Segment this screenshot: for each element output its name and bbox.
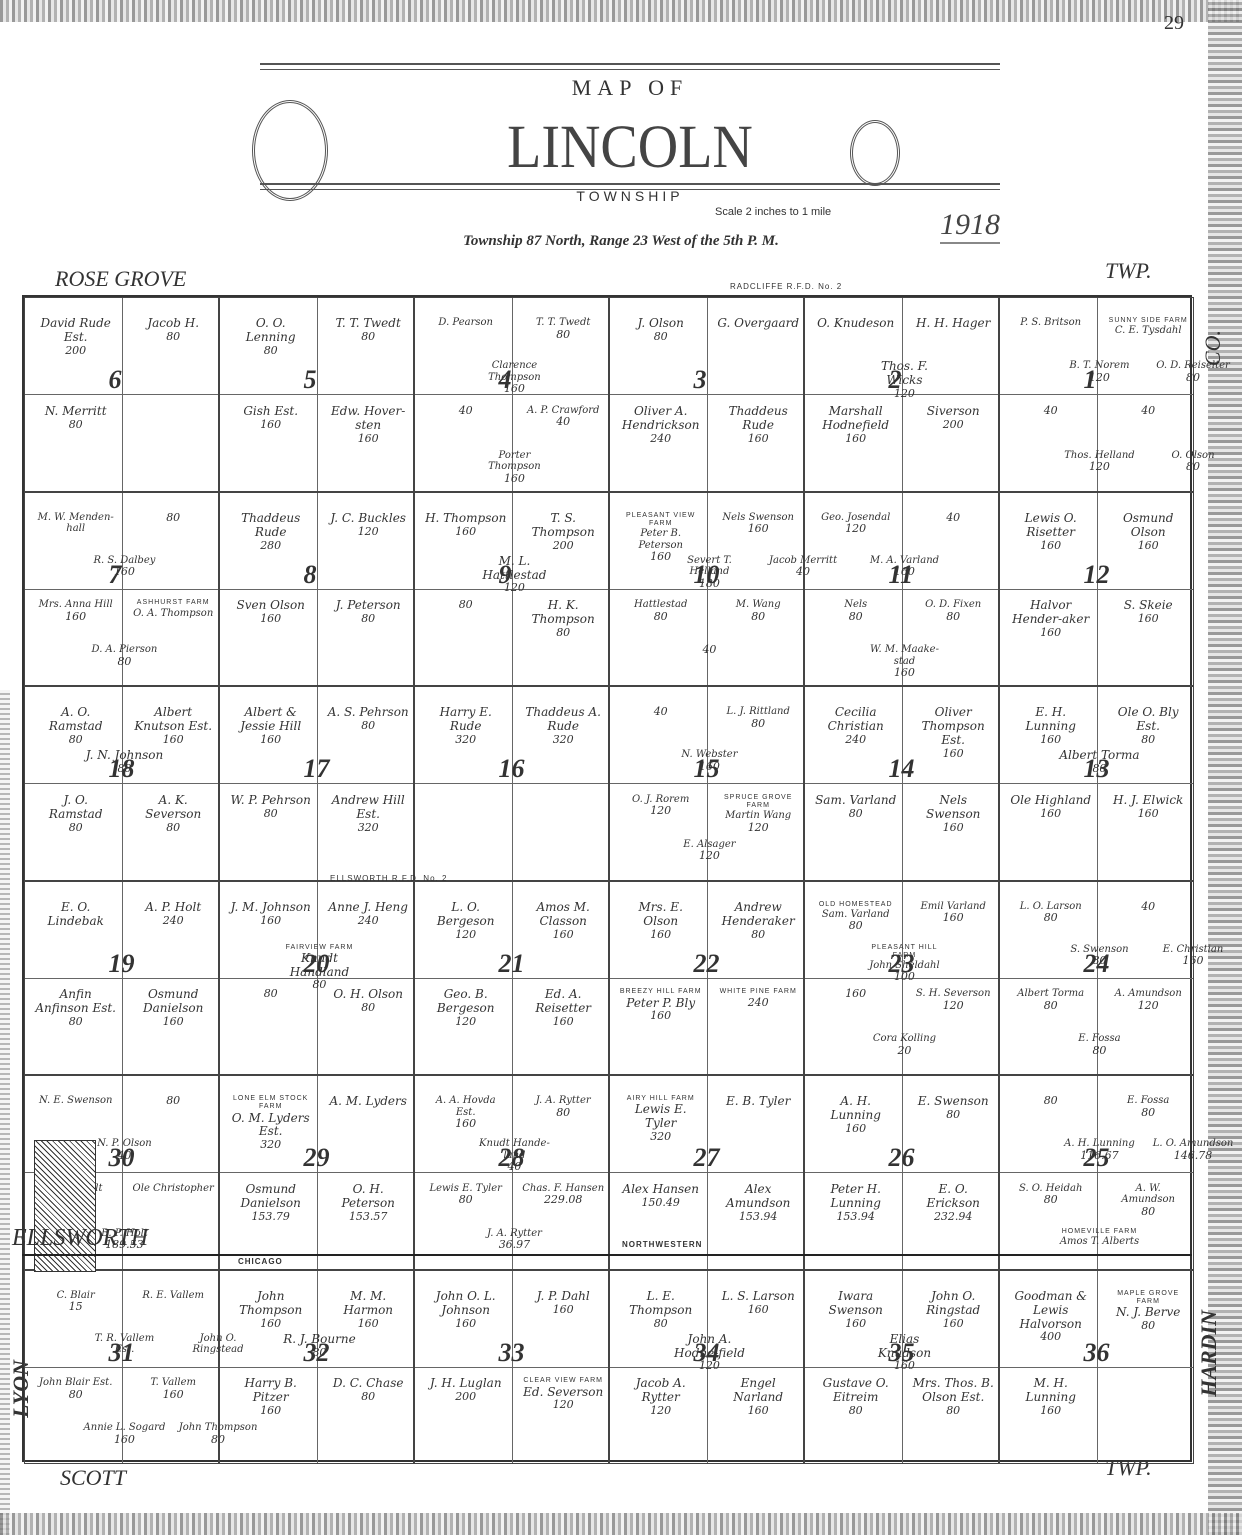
parcel-owner[interactable]: L. J. Rittland80: [717, 706, 799, 730]
parcel-owner[interactable]: L. S. Larson160: [717, 1290, 799, 1316]
parcel-owner[interactable]: Osmund Danielson160: [132, 988, 214, 1028]
parcel-owner[interactable]: Cora Kolling20: [864, 1033, 946, 1057]
section-number: 14: [889, 754, 915, 784]
owner-name: Lewis O. Risetter: [1025, 511, 1077, 539]
parcel-acres: 80: [84, 656, 166, 669]
parcel-acres: 160: [815, 1318, 897, 1331]
parcel-owner[interactable]: D. Pearson: [425, 317, 507, 329]
section-14: 14Cecilia Christian240Oliver Thompson Es…: [804, 686, 999, 881]
farm-name: LONE ELM STOCK FARM: [230, 1095, 312, 1111]
parcel-owner[interactable]: John O. Ringstad160: [912, 1290, 994, 1330]
parcel-owner[interactable]: Goodman & Lewis Halvorson400: [1010, 1290, 1092, 1344]
parcel-acres: 160: [815, 988, 897, 1001]
parcel-owner[interactable]: Halvor Hender-aker160: [1010, 599, 1092, 639]
parcel-owner[interactable]: O. D. Reiselter80: [1152, 360, 1234, 384]
parcel-owner[interactable]: E. H. Lunning160: [1010, 706, 1092, 746]
parcel-owner[interactable]: M. H. Lunning160: [1010, 1377, 1092, 1417]
parcel-owner[interactable]: T. Vallem160: [132, 1377, 214, 1401]
parcel-owner[interactable]: Andrew Hill Est.320: [327, 794, 409, 834]
parcel-owner[interactable]: E. Swenson80: [912, 1095, 994, 1121]
parcel-owner[interactable]: A. H. Lunning116.67: [1059, 1138, 1141, 1162]
owner-name: Albert Knutson Est.: [134, 705, 212, 733]
parcel-owner[interactable]: N. Merritt80: [35, 405, 117, 431]
parcel-owner[interactable]: O. J. Rorem120: [620, 794, 702, 818]
parcel-owner[interactable]: R. J. Bourne80: [279, 1333, 361, 1359]
parcel-owner[interactable]: A. O. Ramstad80: [35, 706, 117, 746]
parcel-owner[interactable]: H. J. Elwick160: [1107, 794, 1189, 820]
section-32: 32John Thompson160M. M. Harmon160Harry B…: [219, 1270, 414, 1465]
parcel-owner[interactable]: A. K. Severson80: [132, 794, 214, 834]
rail-label-northwestern: NORTHWESTERN: [622, 1240, 702, 1249]
farm-name: PLEASANT VIEW FARM: [620, 512, 702, 528]
parcel-acres: 160: [864, 1360, 946, 1373]
parcel-owner[interactable]: 80: [1010, 1095, 1092, 1108]
parcel-acres: 80: [1107, 1206, 1189, 1219]
owner-name: J. A. Rytter: [487, 1228, 542, 1239]
parcel-acres: 160: [669, 761, 751, 774]
parcel-owner[interactable]: Sven Olson160: [230, 599, 312, 625]
owner-name: D. Pearson: [438, 317, 493, 328]
parcel-acres: 80: [132, 822, 214, 835]
parcel-owner[interactable]: Albert Torma80: [1010, 988, 1092, 1012]
parcel-owner[interactable]: Thos. Helland120: [1059, 450, 1141, 474]
owner-name: Lewis E. Tyler: [429, 1183, 502, 1194]
owner-name: Ole Highland: [1010, 793, 1091, 807]
parcel-owner[interactable]: Osmund Olson160: [1107, 512, 1189, 552]
parcel-owner[interactable]: Gustave O. Eitreim80: [815, 1377, 897, 1417]
parcel-owner[interactable]: A. P. Crawford40: [522, 405, 604, 429]
parcel-owner[interactable]: Marshall Hodnefield160: [815, 405, 897, 445]
parcel-owner[interactable]: G. Overgaard: [717, 317, 799, 331]
parcel-owner[interactable]: J. C. Buckles120: [327, 512, 409, 538]
parcel-owner[interactable]: CLEAR VIEW FARMEd. Severson120: [522, 1377, 604, 1411]
parcel-owner[interactable]: OLD HOMESTEADSam. Varland80: [815, 901, 897, 933]
parcel-owner[interactable]: Clarence Thompson160: [474, 360, 556, 396]
parcel-owner[interactable]: W. P. Pehrson80: [230, 794, 312, 820]
owner-name: Nels Swenson: [926, 793, 980, 821]
parcel-owner[interactable]: O. O. Lenning80: [230, 317, 312, 357]
parcel-owner[interactable]: Osmund Danielson153.79: [230, 1183, 312, 1223]
owner-name: Clarence Thompson: [488, 360, 541, 383]
owner-name: John Blair Est.: [39, 1377, 112, 1388]
parcel-owner[interactable]: Ole O. Bly Est.80: [1107, 706, 1189, 746]
route-label-ellsworth: ELLSWORTH R.F.D. No. 2: [330, 874, 447, 883]
section-28: 28A. A. Hovda Est.160J. A. Rytter80Lewis…: [414, 1075, 609, 1270]
title-rule-top: [260, 63, 1000, 70]
parcel-owner[interactable]: 40: [1010, 405, 1092, 418]
parcel-owner[interactable]: H. Thompson160: [425, 512, 507, 538]
owner-name: E. Fossa: [1127, 1095, 1169, 1106]
parcel-owner[interactable]: D. C. Chase80: [327, 1377, 409, 1403]
section-number: 33: [499, 1338, 525, 1368]
parcel-owner[interactable]: N. Webster160: [669, 749, 751, 773]
owner-name: Thos. Helland: [1064, 450, 1134, 461]
parcel-owner[interactable]: J. A. Rytter80: [522, 1095, 604, 1119]
section-13: 13E. H. Lunning160Ole O. Bly Est.80Ole H…: [999, 686, 1194, 881]
parcel-owner[interactable]: M. L. Hattlestad120: [474, 555, 556, 595]
parcel-owner[interactable]: Hattlestad80: [620, 599, 702, 623]
parcel-acres: 36.97: [474, 1239, 556, 1252]
parcel-owner[interactable]: J. N. Johnson80: [84, 749, 166, 775]
parcel-acres: 160: [474, 383, 556, 396]
parcel-owner[interactable]: W. M. Maake-stad160: [864, 644, 946, 680]
parcel-acres: 160: [327, 433, 409, 446]
parcel-owner[interactable]: Annie L. Sogard160: [84, 1422, 166, 1446]
parcel-owner[interactable]: Thos. F. Wicks120: [864, 360, 946, 400]
parcel-owner[interactable]: A. P. Holt240: [132, 901, 214, 927]
owner-name: Gish Est.: [243, 404, 298, 418]
section-26: 26A. H. Lunning160E. Swenson80Peter H. L…: [804, 1075, 999, 1270]
parcel-owner[interactable]: Amos M. Classon160: [522, 901, 604, 941]
owner-name: Sven Olson: [236, 598, 304, 612]
owner-name: Porter Thompson: [488, 450, 541, 473]
parcel-owner[interactable]: M. W. Menden-hall: [35, 512, 117, 535]
owner-name: Lewis E. Tyler: [635, 1102, 687, 1130]
parcel-owner[interactable]: A. Amundson120: [1107, 988, 1189, 1012]
parcel-owner[interactable]: Sam. Varland80: [815, 794, 897, 820]
owner-name: David Rude Est.: [40, 316, 110, 344]
owner-name: Halvor Hender-aker: [1012, 598, 1089, 626]
parcel-owner[interactable]: 160: [815, 988, 897, 1001]
parcel-owner[interactable]: John Thompson160: [230, 1290, 312, 1330]
parcel-owner[interactable]: Elias Knudson160: [864, 1333, 946, 1373]
parcel-acres: 160: [864, 566, 946, 579]
parcel-owner[interactable]: Alex Amundson153.94: [717, 1183, 799, 1223]
parcel-acres: 160: [132, 1389, 214, 1402]
parcel-owner[interactable]: J. Peterson80: [327, 599, 409, 625]
parcel-owner[interactable]: 40: [1107, 901, 1189, 914]
owner-name: J. H. Luglan: [430, 1376, 502, 1390]
owner-name: D. A. Pierson: [92, 644, 158, 655]
parcel-owner[interactable]: E. B. Tyler: [717, 1095, 799, 1109]
parcel-owner[interactable]: Nels80: [815, 599, 897, 623]
parcel-owner[interactable]: M. Wang80: [717, 599, 799, 623]
parcel-owner[interactable]: Andrew Henderaker80: [717, 901, 799, 941]
parcel-owner[interactable]: A. M. Lyders: [327, 1095, 409, 1109]
parcel-owner[interactable]: Anne J. Heng240: [327, 901, 409, 927]
parcel-owner[interactable]: Lewis O. Risetter160: [1010, 512, 1092, 552]
parcel-owner[interactable]: ASHHURST FARMO. A. Thompson: [132, 599, 214, 619]
section-5: 5O. O. Lenning80T. T. Twedt80Gish Est.16…: [219, 297, 414, 492]
parcel-owner[interactable]: Iwara Swenson160: [815, 1290, 897, 1330]
parcel-acres: 80: [327, 1002, 409, 1015]
parcel-owner[interactable]: E. Fossa80: [1107, 1095, 1189, 1119]
parcel-acres: 160: [327, 1318, 409, 1331]
parcel-owner[interactable]: M. M. Harmon160: [327, 1290, 409, 1330]
owner-name: Goodman & Lewis Halvorson: [1014, 1289, 1086, 1331]
parcel-owner[interactable]: WHITE PINE FARM240: [717, 988, 799, 1009]
parcel-owner[interactable]: E. Alsager120: [669, 839, 751, 863]
parcel-acres: 400: [1010, 1331, 1092, 1344]
parcel-acres: 120: [425, 929, 507, 942]
owner-name: Andrew Hill Est.: [332, 793, 405, 821]
parcel-acres: 80: [1010, 1095, 1092, 1108]
owner-name: S. Skeie: [1124, 598, 1173, 612]
parcel-owner[interactable]: E. O. Erickson232.94: [912, 1183, 994, 1223]
parcel-owner[interactable]: E. O. Lindebak: [35, 901, 117, 929]
parcel-owner[interactable]: Emil Varland160: [912, 901, 994, 925]
owner-name: E. Fossa: [1078, 1033, 1120, 1044]
parcel-owner[interactable]: E. Christian160: [1152, 944, 1234, 968]
parcel-owner[interactable]: SPRUCE GROVE FARMMartin Wang120: [717, 794, 799, 834]
parcel-owner[interactable]: 40: [669, 644, 751, 657]
parcel-owner[interactable]: Porter Thompson160: [474, 450, 556, 486]
parcel-acres: 80: [522, 627, 604, 640]
parcel-owner[interactable]: Jacob A. Rytter120: [620, 1377, 702, 1417]
parcel-owner[interactable]: B. T. Norem120: [1059, 360, 1141, 384]
parcel-owner[interactable]: John Blair Est.80: [35, 1377, 117, 1401]
owner-name: Geo. Josendal: [821, 512, 890, 523]
parcel-owner[interactable]: R. E. Vallem: [132, 1290, 214, 1302]
section-7: 7M. W. Menden-hall80Mrs. Anna Hill160ASH…: [24, 492, 219, 687]
parcel-owner[interactable]: 40: [1107, 405, 1189, 418]
parcel-owner[interactable]: O. D. Fixen80: [912, 599, 994, 623]
parcel-owner[interactable]: John O. L. Johnson160: [425, 1290, 507, 1330]
parcel-owner[interactable]: Thaddeus Rude280: [230, 512, 312, 552]
parcel-owner[interactable]: O. H. Peterson153.57: [327, 1183, 409, 1223]
parcel-acres: 240: [815, 734, 897, 747]
owner-name: E. B. Tyler: [726, 1094, 790, 1108]
parcel-owner[interactable]: Oliver Thompson Est.160: [912, 706, 994, 760]
owner-name: L. S. Larson: [722, 1289, 795, 1303]
parcel-owner[interactable]: L. O. Amundson146.78: [1152, 1138, 1234, 1162]
parcel-owner[interactable]: N. E. Swenson: [35, 1095, 117, 1107]
parcel-owner[interactable]: Knudt Hande-land40: [474, 1138, 556, 1174]
parcel-owner[interactable]: Mrs. Anna Hill160: [35, 599, 117, 623]
parcel-owner[interactable]: 80: [425, 599, 507, 612]
parcel-acres: 200: [35, 345, 117, 358]
parcel-owner[interactable]: LONE ELM STOCK FARMO. M. Lyders Est.320: [230, 1095, 312, 1151]
parcel-acres: 153.94: [815, 1211, 897, 1224]
parcel-owner[interactable]: BREEZY HILL FARMPeter P. Bly160: [620, 988, 702, 1022]
owner-name: M. L. Hattlestad: [482, 554, 546, 582]
parcel-owner[interactable]: HOMEVILLE FARMAmos T. Alberts: [1059, 1228, 1141, 1248]
section-8: 8Thaddeus Rude280J. C. Buckles120Sven Ol…: [219, 492, 414, 687]
parcel-owner[interactable]: AIRY HILL FARMLewis E. Tyler320: [620, 1095, 702, 1143]
section-12: 12Lewis O. Risetter160Osmund Olson160Hal…: [999, 492, 1194, 687]
parcel-owner[interactable]: Chas. F. Hansen229.08: [522, 1183, 604, 1207]
parcel-acres: 120: [669, 850, 751, 863]
parcel-owner[interactable]: 80: [132, 1095, 214, 1108]
parcel-owner[interactable]: J. M. Johnson160: [230, 901, 312, 927]
parcel-owner[interactable]: J. A. Rytter36.97: [474, 1228, 556, 1252]
owner-name: H. H. Hager: [916, 316, 990, 330]
parcel-owner[interactable]: Geo. Josendal120: [815, 512, 897, 536]
parcel-owner[interactable]: O. Olson80: [1152, 450, 1234, 474]
parcel-acres: 120: [425, 1016, 507, 1029]
map-scale: Scale 2 inches to 1 mile: [715, 206, 831, 218]
parcel-owner[interactable]: M. A. Varland160: [864, 555, 946, 579]
parcel-owner[interactable]: Nels Swenson160: [912, 794, 994, 834]
parcel-owner[interactable]: Ole Highland160: [1010, 794, 1092, 820]
owner-name: H. J. Elwick: [1113, 793, 1183, 807]
parcel-owner[interactable]: T. T. Twedt80: [522, 317, 604, 341]
section-number: 6: [109, 365, 122, 395]
parcel-acres: 80: [230, 345, 312, 358]
section-35: 35Iwara Swenson160John O. Ringstad160Gus…: [804, 1270, 999, 1465]
parcel-owner[interactable]: Lewis E. Tyler80: [425, 1183, 507, 1207]
owner-name: N. P. Olson: [97, 1138, 152, 1149]
parcel-owner[interactable]: 80: [132, 512, 214, 525]
farm-name: OLD HOMESTEAD: [815, 901, 897, 909]
parcel-owner[interactable]: Peter H. Lunning153.94: [815, 1183, 897, 1223]
parcel-owner[interactable]: P. S. Britson: [1010, 317, 1092, 329]
parcel-acres: 229.08: [522, 1194, 604, 1207]
parcel-owner[interactable]: Mrs. Thos. B. Olson Est.80: [912, 1377, 994, 1417]
parcel-acres: 80: [425, 599, 507, 612]
parcel-owner[interactable]: Oliver A. Hendrickson240: [620, 405, 702, 445]
owner-name: D. C. Chase: [333, 1376, 404, 1390]
parcel-owner[interactable]: Thaddeus Rude160: [717, 405, 799, 445]
parcel-acres: 80: [132, 331, 214, 344]
owner-name: J. A. Rytter: [536, 1095, 591, 1106]
parcel-owner[interactable]: FAIRVIEW FARMKnudt Handland80: [279, 944, 361, 992]
parcel-acres: 80: [327, 1391, 409, 1404]
parcel-owner[interactable]: L. O. Bergeson120: [425, 901, 507, 941]
title-township-word: TOWNSHIP: [250, 188, 1010, 204]
parcel-owner[interactable]: Albert & Jessie Hill160: [230, 706, 312, 746]
owner-name: Emil Varland: [920, 901, 985, 912]
parcel-owner[interactable]: 40: [912, 512, 994, 525]
parcel-acres: 160: [912, 748, 994, 761]
section-34: 34L. E. Thompson80L. S. Larson160Jacob A…: [609, 1270, 804, 1465]
parcel-owner[interactable]: MAPLE GROVE FARMN. J. Berve80: [1107, 1290, 1189, 1333]
parcel-owner[interactable]: David Rude Est.200: [35, 317, 117, 357]
parcel-owner[interactable]: Harry E. Rude320: [425, 706, 507, 746]
parcel-acres: 120: [474, 582, 556, 595]
parcel-owner[interactable]: Gish Est.160: [230, 405, 312, 431]
section-9: 9H. Thompson160T. S. Thompson20080H. K. …: [414, 492, 609, 687]
parcel-owner[interactable]: 40: [620, 706, 702, 719]
parcel-owner[interactable]: Geo. B. Bergeson120: [425, 988, 507, 1028]
parcel-owner[interactable]: A. A. Hovda Est.160: [425, 1095, 507, 1131]
parcel-owner[interactable]: Cecilia Christian240: [815, 706, 897, 746]
parcel-owner[interactable]: J. O. Ramstad80: [35, 794, 117, 834]
parcel-acres: 160: [522, 929, 604, 942]
owner-name: M. A. Varland: [870, 555, 939, 566]
parcel-acres: 160: [1107, 540, 1189, 553]
section-number: 26: [889, 1143, 915, 1173]
owner-name: Thaddeus Rude: [729, 404, 788, 432]
parcel-owner[interactable]: Edw. Hover-sten160: [327, 405, 409, 445]
parcel-owner[interactable]: L. E. Thompson80: [620, 1290, 702, 1330]
parcel-owner[interactable]: Engel Narland160: [717, 1377, 799, 1417]
parcel-owner[interactable]: C. Blair15: [35, 1290, 117, 1314]
parcel-owner[interactable]: L. O. Larson80: [1010, 901, 1092, 925]
parcel-acres: 120: [1107, 1000, 1189, 1013]
parcel-owner[interactable]: A. S. Pehrson80: [327, 706, 409, 732]
parcel-owner[interactable]: S. Skeie160: [1107, 599, 1189, 625]
parcel-acres: 80: [1107, 734, 1189, 747]
parcel-acres: 100: [864, 971, 946, 984]
parcel-acres: 120: [522, 1399, 604, 1412]
parcel-owner[interactable]: Severt T. Helland180: [669, 555, 751, 591]
owner-name: Mrs. E. Olson: [639, 900, 683, 928]
parcel-owner[interactable]: S. H. Severson120: [912, 988, 994, 1012]
parcel-owner[interactable]: Alex Hansen150.49: [620, 1183, 702, 1209]
parcel-owner[interactable]: Ed. A. Reisetter160: [522, 988, 604, 1028]
parcel-owner[interactable]: O. H. Olson80: [327, 988, 409, 1014]
owner-name: Harry B. Pitzer: [245, 1376, 297, 1404]
parcel-owner[interactable]: Albert Torma80: [1059, 749, 1141, 775]
owner-name: O. D. Reiselter: [1156, 360, 1230, 371]
parcel-acres: 150.49: [620, 1197, 702, 1210]
page-number: 29: [1164, 12, 1184, 35]
parcel-owner[interactable]: Anfin Anfinson Est.80: [35, 988, 117, 1028]
parcel-acres: 160: [912, 912, 994, 925]
section-number: 16: [499, 754, 525, 784]
owner-name: O. M. Lyders Est.: [232, 1111, 310, 1139]
parcel-owner[interactable]: SUNNY SIDE FARMC. E. Tysdahl: [1107, 317, 1189, 337]
owner-name: John O. Ringstad: [926, 1289, 980, 1317]
parcel-owner[interactable]: J. Olson80: [620, 317, 702, 343]
parcel-owner[interactable]: Ole Christopher: [132, 1183, 214, 1195]
owner-name: H. K. Thompson: [532, 598, 595, 626]
parcel-acres: 160: [230, 915, 312, 928]
parcel-acres: 80: [132, 1095, 214, 1108]
parcel-owner[interactable]: Nels Swenson160: [717, 512, 799, 536]
parcel-owner[interactable]: R. S. Dalbey160: [84, 555, 166, 579]
owner-name: S. H. Severson: [916, 988, 991, 999]
parcel-acres: 120: [1059, 461, 1141, 474]
parcel-owner[interactable]: T. S. Thompson200: [522, 512, 604, 552]
parcel-acres: 120: [912, 1000, 994, 1013]
farm-name: SPRUCE GROVE FARM: [717, 794, 799, 810]
parcel-owner[interactable]: A. H. Lunning160: [815, 1095, 897, 1135]
parcel-owner[interactable]: Mrs. E. Olson160: [620, 901, 702, 941]
parcel-acres: 80: [1152, 372, 1234, 385]
parcel-owner[interactable]: T. R. Vallem Est.: [84, 1333, 166, 1356]
parcel-acres: 40: [669, 644, 751, 657]
parcel-owner[interactable]: T. T. Twedt80: [327, 317, 409, 343]
owner-name: Osmund Danielson: [240, 1182, 300, 1210]
parcel-owner[interactable]: PLEASANT HILL FARMJohn Sheldahl100: [864, 944, 946, 984]
parcel-owner[interactable]: J. H. Luglan200: [425, 1377, 507, 1403]
parcel-acres: 160: [1010, 808, 1092, 821]
owner-name: A. A. Hovda Est.: [436, 1095, 496, 1118]
farm-name: ASHHURST FARM: [132, 599, 214, 607]
owner-name: N. J. Berve: [1116, 1305, 1180, 1319]
parcel-owner[interactable]: Harry B. Pitzer160: [230, 1377, 312, 1417]
section-number: 8: [304, 560, 317, 590]
parcel-acres: 200: [425, 1391, 507, 1404]
owner-name: S. O. Heidah: [1019, 1183, 1082, 1194]
parcel-owner[interactable]: Siverson200: [912, 405, 994, 431]
parcel-owner[interactable]: J. P. Dahl160: [522, 1290, 604, 1316]
rail-label-chicago: CHICAGO: [238, 1257, 283, 1266]
parcel-owner[interactable]: Albert Knutson Est.160: [132, 706, 214, 746]
parcel-owner[interactable]: A. W. Amundson80: [1107, 1183, 1189, 1219]
parcel-owner[interactable]: John A. Hodne-field120: [669, 1333, 751, 1373]
parcel-owner[interactable]: Thaddeus A. Rude320: [522, 706, 604, 746]
parcel-owner[interactable]: 40: [425, 405, 507, 418]
parcel-owner[interactable]: D. A. Pierson80: [84, 644, 166, 668]
owner-name: J. O. Ramstad: [49, 793, 103, 821]
section-4: 4D. PearsonT. T. Twedt8040A. P. Crawford…: [414, 297, 609, 492]
parcel-owner[interactable]: S. Swenson80: [1059, 944, 1141, 968]
parcel-owner[interactable]: S. O. Heidah80: [1010, 1183, 1092, 1207]
parcel-acres: 80: [425, 1194, 507, 1207]
owner-name: Thaddeus Rude: [241, 511, 300, 539]
parcel-owner[interactable]: H. H. Hager: [912, 317, 994, 331]
section-24: 24L. O. Larson8040Albert Torma80A. Amund…: [999, 881, 1194, 1076]
parcel-owner[interactable]: Jacob H.80: [132, 317, 214, 343]
parcel-owner[interactable]: O. Knudeson: [815, 317, 897, 331]
parcel-owner[interactable]: E. Fossa80: [1059, 1033, 1141, 1057]
parcel-acres: 80: [35, 1016, 117, 1029]
owner-name: T. S. Thompson: [532, 511, 595, 539]
parcel-owner[interactable]: H. K. Thompson80: [522, 599, 604, 639]
